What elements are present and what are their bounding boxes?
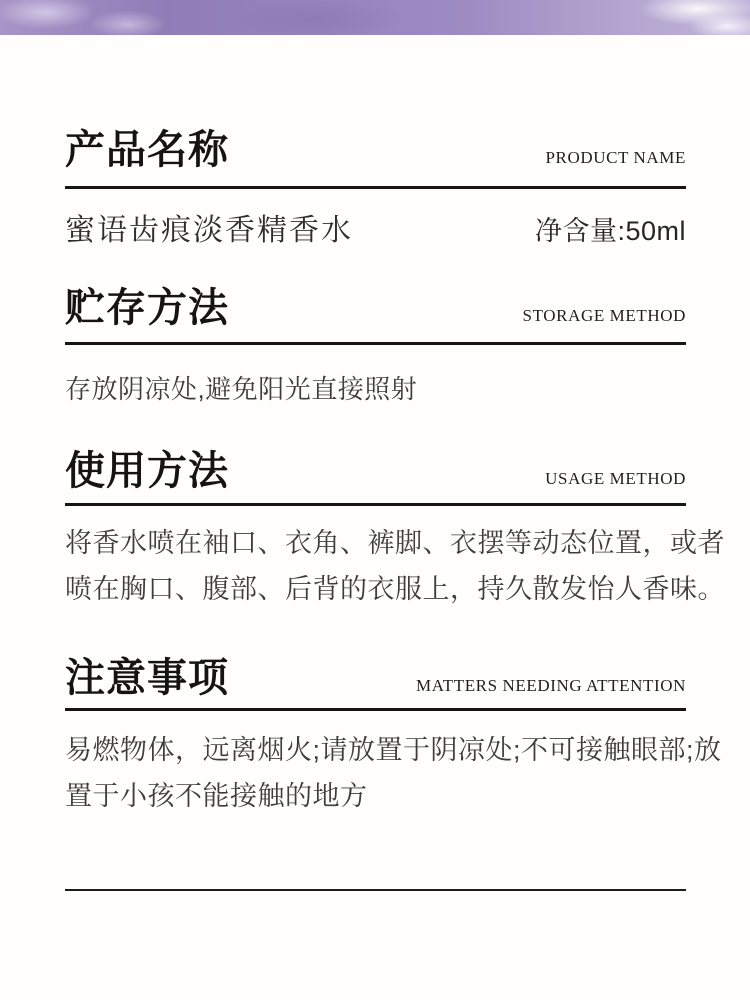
section-header-attention: 注意事项 MATTERS NEEDING ATTENTION — [65, 656, 686, 700]
section-header-storage: 贮存方法 STORAGE METHOD — [65, 286, 686, 330]
product-name-row: 蜜语齿痕淡香精香水 净含量:50ml — [65, 209, 686, 250]
usage-line: 将香水喷在袖口、衣角、裤脚、衣摆等动态位置，或者 — [65, 520, 686, 566]
section-title-zh: 使用方法 — [65, 449, 229, 493]
attention-line: 置于小孩不能接触的地方 — [65, 773, 686, 819]
section-title-zh: 贮存方法 — [65, 286, 229, 330]
section-title-en: STORAGE METHOD — [523, 306, 686, 326]
section-header-usage: 使用方法 USAGE METHOD — [65, 449, 686, 493]
bottom-divider-rule — [65, 889, 686, 891]
divider-rule — [65, 342, 686, 345]
section-header-product-name: 产品名称 PRODUCT NAME — [65, 35, 686, 172]
net-content-value: 净含量:50ml — [535, 209, 686, 248]
section-title-en: PRODUCT NAME — [545, 148, 686, 168]
product-name-value: 蜜语齿痕淡香精香水 — [65, 212, 353, 250]
divider-rule — [65, 708, 686, 711]
section-title-zh: 产品名称 — [65, 128, 229, 172]
storage-instructions: 存放阴凉处,避免阳光直接照射 — [65, 369, 686, 409]
attention-line: 易燃物体，远离烟火;请放置于阴凉处;不可接触眼部;放 — [65, 727, 686, 773]
divider-rule — [65, 186, 686, 189]
usage-line: 喷在胸口、腹部、后背的衣服上，持久散发怡人香味。 — [65, 566, 686, 612]
divider-rule — [65, 503, 686, 506]
section-title-en: MATTERS NEEDING ATTENTION — [416, 676, 686, 696]
product-photo-banner — [0, 0, 750, 35]
usage-instructions: 将香水喷在袖口、衣角、裤脚、衣摆等动态位置，或者 喷在胸口、腹部、后背的衣服上，… — [65, 520, 686, 612]
section-title-zh: 注意事项 — [65, 656, 229, 700]
attention-notes: 易燃物体，远离烟火;请放置于阴凉处;不可接触眼部;放 置于小孩不能接触的地方 — [65, 727, 686, 819]
section-title-en: USAGE METHOD — [545, 469, 686, 489]
product-info-panel: 产品名称 PRODUCT NAME 蜜语齿痕淡香精香水 净含量:50ml 贮存方… — [0, 35, 750, 891]
